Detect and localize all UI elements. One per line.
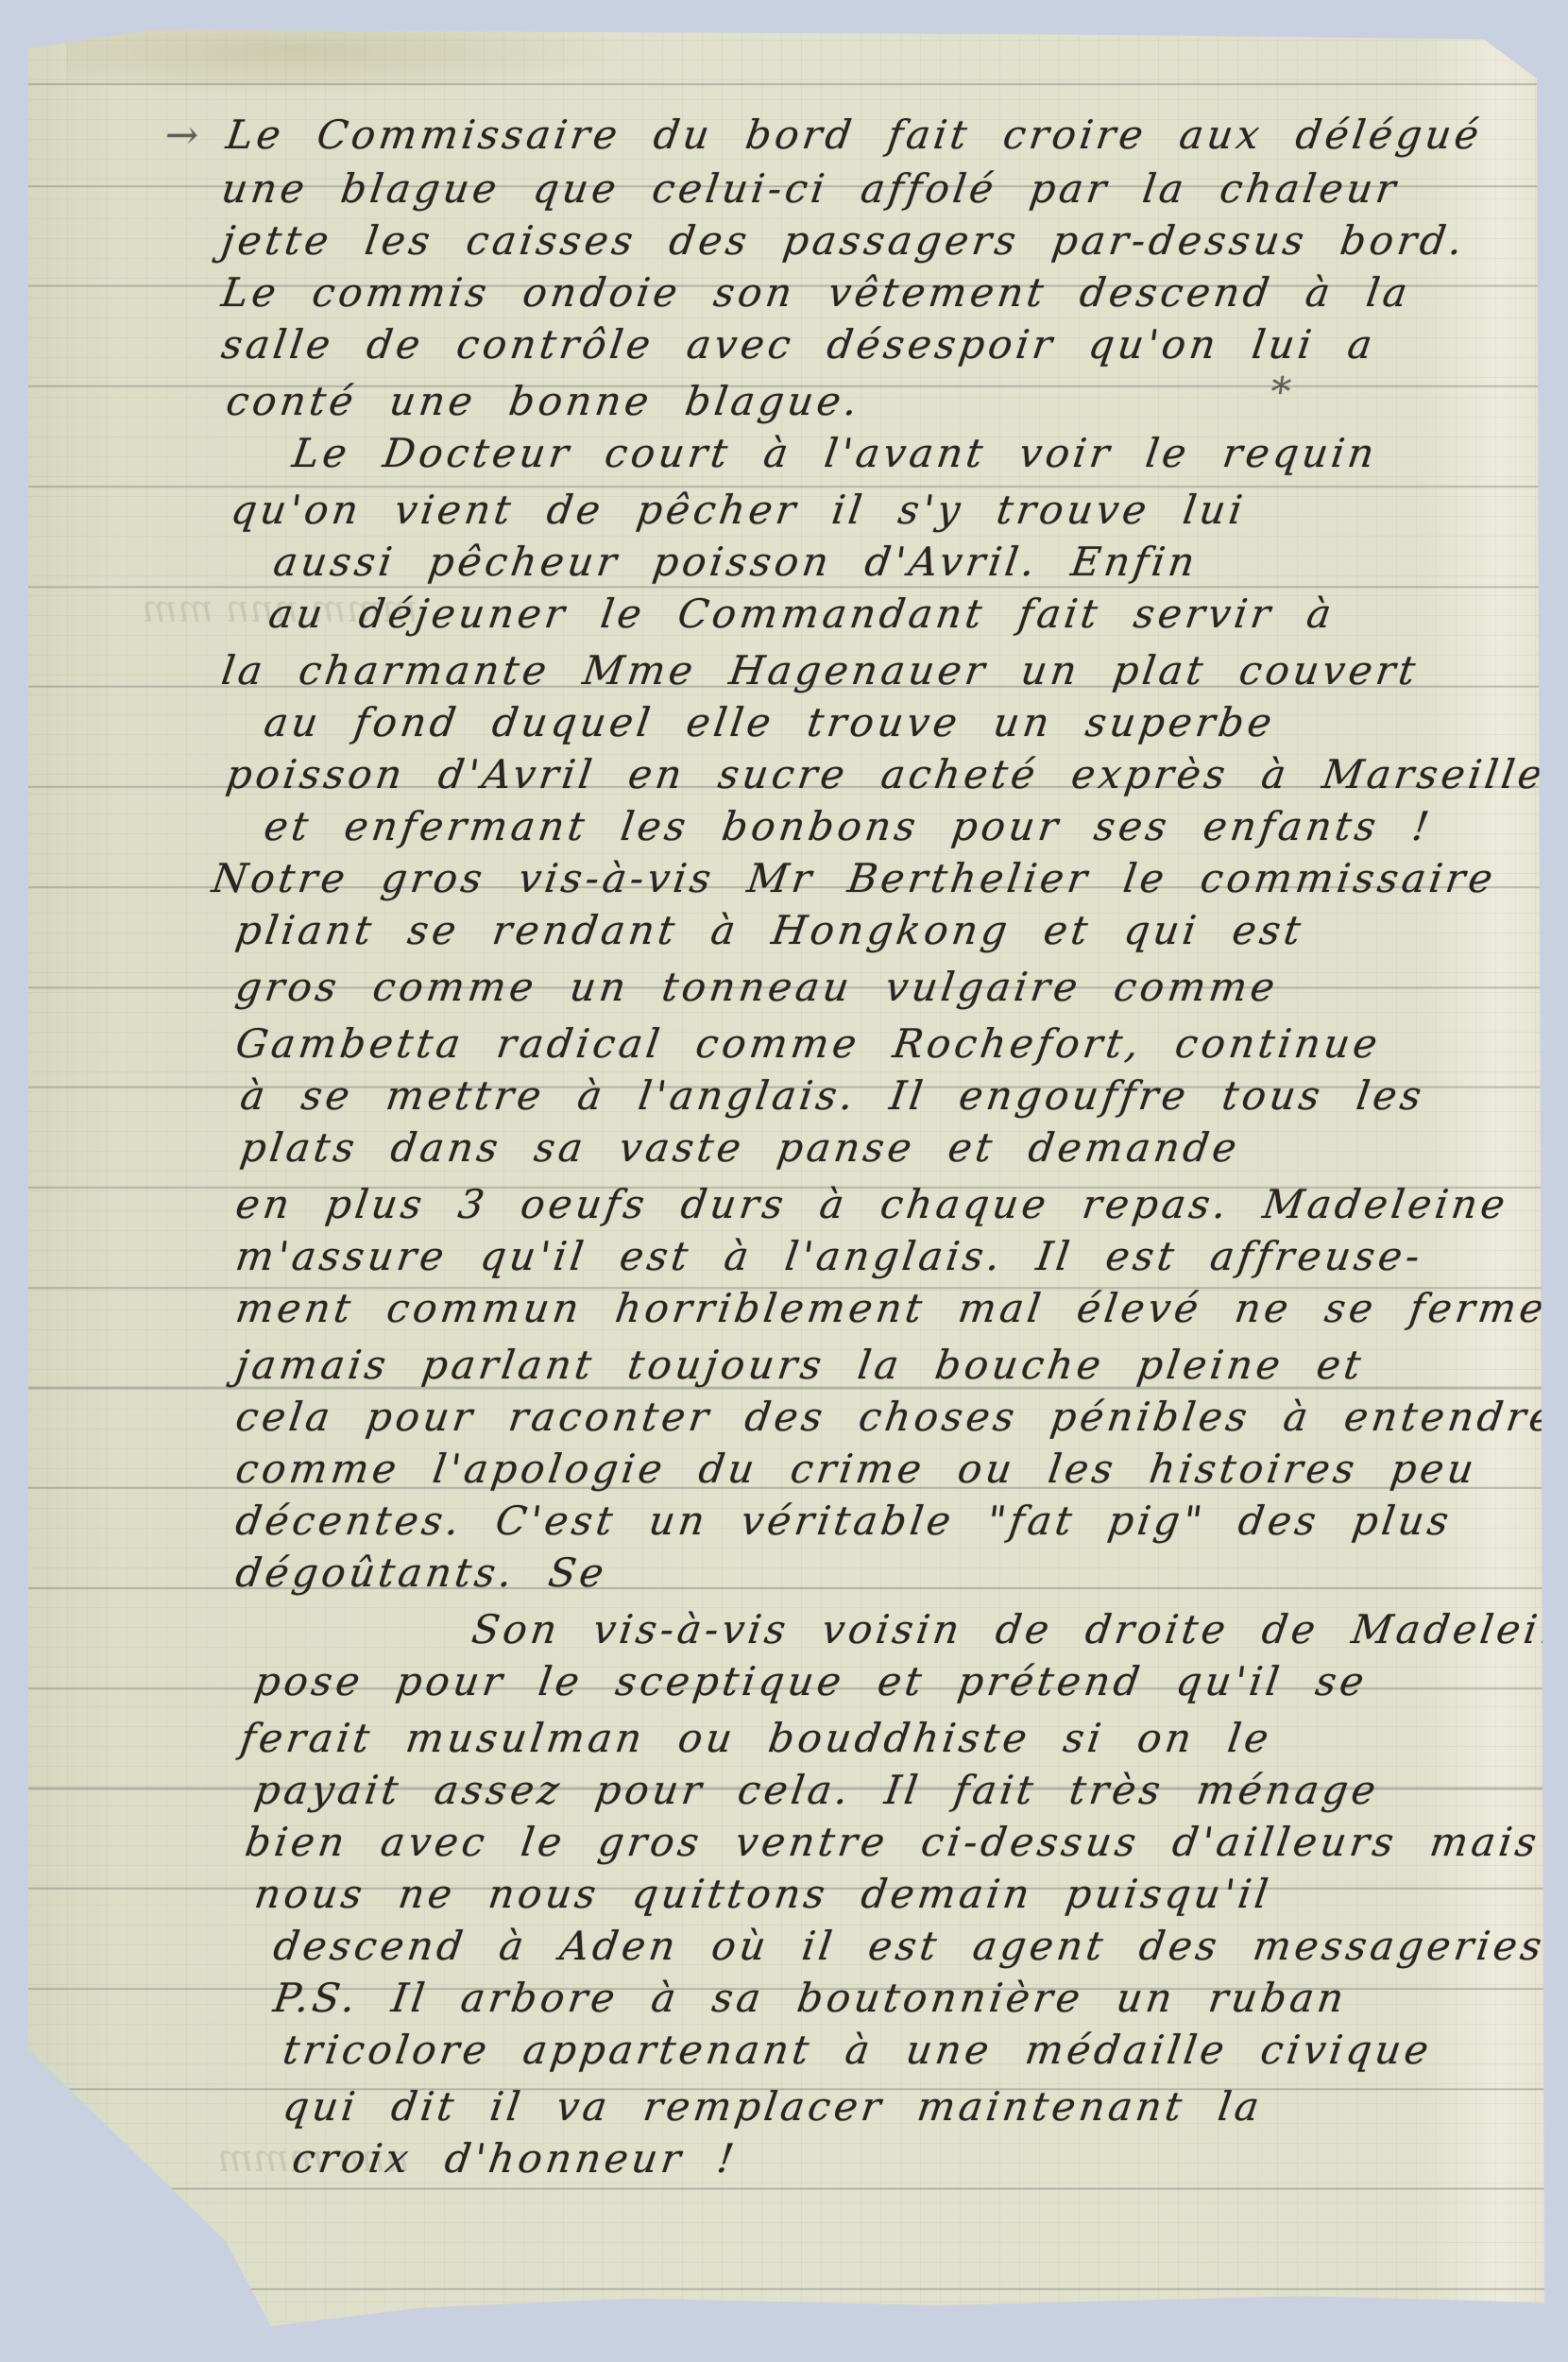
handwritten-line: ment commun horriblement mal élevé ne se… (233, 1285, 1544, 1331)
letter-page: mmm nnn mm nnn mmm Le Commissaire du bor… (28, 21, 1544, 2326)
handwritten-line: gros comme un tonneau vulgaire comme (233, 964, 1282, 1010)
handwritten-line: qui dit il va remplacer maintenant la (281, 2083, 1266, 2130)
handwritten-line: Notre gros vis-à-vis Mr Berthelier le co… (210, 855, 1500, 901)
handwritten-line: m'assure qu'il est à l'anglais. Il est a… (233, 1233, 1426, 1279)
handwritten-line: nous ne nous quittons demain puisqu'il (252, 1871, 1275, 1917)
handwritten-line: dégoûtants. Se (233, 1549, 611, 1596)
handwritten-line: salle de contrôle avec désespoir qu'on l… (219, 321, 1379, 368)
handwritten-line: ferait musulman ou bouddhiste si on le (238, 1715, 1275, 1761)
handwritten-line: cela pour raconter des choses pénibles à… (233, 1394, 1544, 1440)
handwritten-line: au fond duquel elle trouve un superbe (262, 699, 1279, 745)
handwritten-line: à se mettre à l'anglais. Il engouffre to… (238, 1072, 1428, 1119)
handwritten-line: la charmante Mme Hagenauer un plat couve… (219, 647, 1423, 693)
handwritten-line: conté une bonne blague. (224, 378, 864, 424)
handwritten-line: comme l'apologie du crime ou les histoir… (233, 1446, 1480, 1492)
handwritten-line: qu'on vient de pêcher il s'y trouve lui (229, 487, 1250, 533)
handwritten-line: jamais parlant toujours la bouche pleine… (233, 1342, 1368, 1388)
handwritten-line: au déjeuner le Commandant fait servir à (266, 590, 1338, 637)
handwritten-line: Le commis ondoie son vêtement descend à … (219, 269, 1414, 316)
handwritten-line: tricolore appartenant à une médaille civ… (281, 2027, 1436, 2073)
handwritten-line: payait assez pour cela. Il fait très mén… (252, 1767, 1383, 1813)
handwritten-line: Le Commissaire du bord fait croire aux d… (224, 111, 1486, 158)
handwritten-line: pliant se rendant à Hongkong et qui est (233, 907, 1307, 953)
handwritten-line: Gambetta radical comme Rochefort, contin… (233, 1020, 1385, 1067)
handwritten-line: pose pour le sceptique et prétend qu'il … (252, 1658, 1371, 1704)
paper-stain (66, 21, 633, 96)
handwritten-line: P.S. Il arbore à sa boutonnière un ruban (271, 1975, 1351, 2021)
handwritten-line: plats dans sa vaste panse et demande (238, 1124, 1243, 1171)
margin-mark: → (162, 111, 206, 158)
handwritten-line: et enfermant les bonbons pour ses enfant… (262, 803, 1436, 849)
handwritten-line: Le Docteur court à l'avant voir le requi… (290, 430, 1381, 476)
handwritten-line: aussi pêcheur poisson d'Avril. Enfin (271, 539, 1202, 585)
handwritten-line: descend à Aden où il est agent des messa… (271, 1923, 1544, 1969)
handwritten-line: jette les caisses des passagers par-dess… (219, 217, 1470, 264)
handwritten-line: Son vis-à-vis voisin de droite de Madele… (469, 1606, 1544, 1652)
handwritten-line: décentes. C'est un véritable "fat pig" d… (233, 1498, 1456, 1544)
handwritten-line: bien avec le gros ventre ci-dessus d'ail… (243, 1819, 1543, 1865)
handwritten-line: poisson d'Avril en sucre acheté exprès à… (224, 751, 1544, 797)
handwritten-line: en plus 3 oeufs durs à chaque repas. Mad… (233, 1181, 1512, 1227)
handwritten-line: une blague que celui-ci affolé par la ch… (219, 165, 1403, 212)
handwritten-line: croix d'honneur ! (290, 2135, 741, 2182)
